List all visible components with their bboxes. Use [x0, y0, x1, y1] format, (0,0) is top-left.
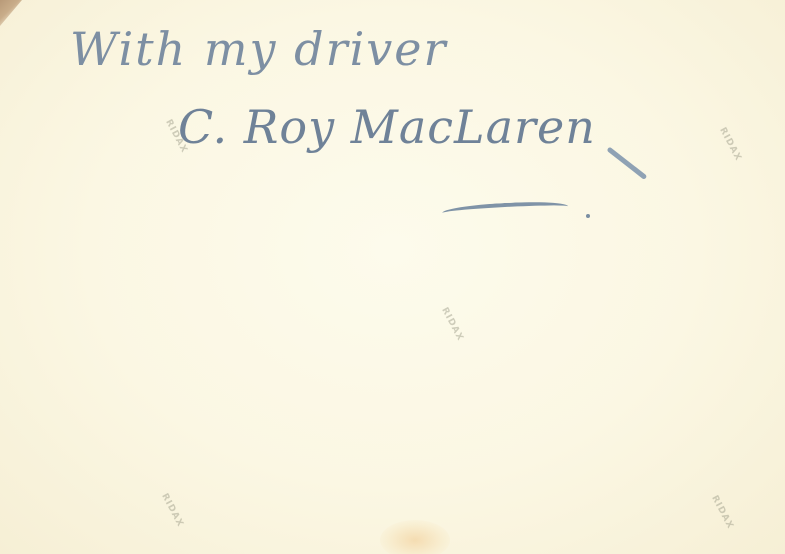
- signature-dot: [586, 214, 590, 218]
- signature-flourish: [606, 147, 647, 180]
- watermark-ridax: RIDAX: [709, 494, 735, 531]
- handwritten-line-caption: With my driver: [70, 22, 448, 76]
- watermark-ridax: RIDAX: [717, 126, 743, 163]
- handwritten-line-signature: C. Roy MacLaren: [178, 100, 596, 154]
- watermark-ridax: RIDAX: [439, 306, 465, 343]
- paper-stain: [380, 520, 450, 554]
- signature-underline: [442, 200, 568, 215]
- photo-back-card: RIDAX RIDAX RIDAX RIDAX RIDAX With my dr…: [0, 0, 785, 554]
- watermark-ridax: RIDAX: [159, 492, 185, 529]
- torn-corner: [0, 0, 22, 26]
